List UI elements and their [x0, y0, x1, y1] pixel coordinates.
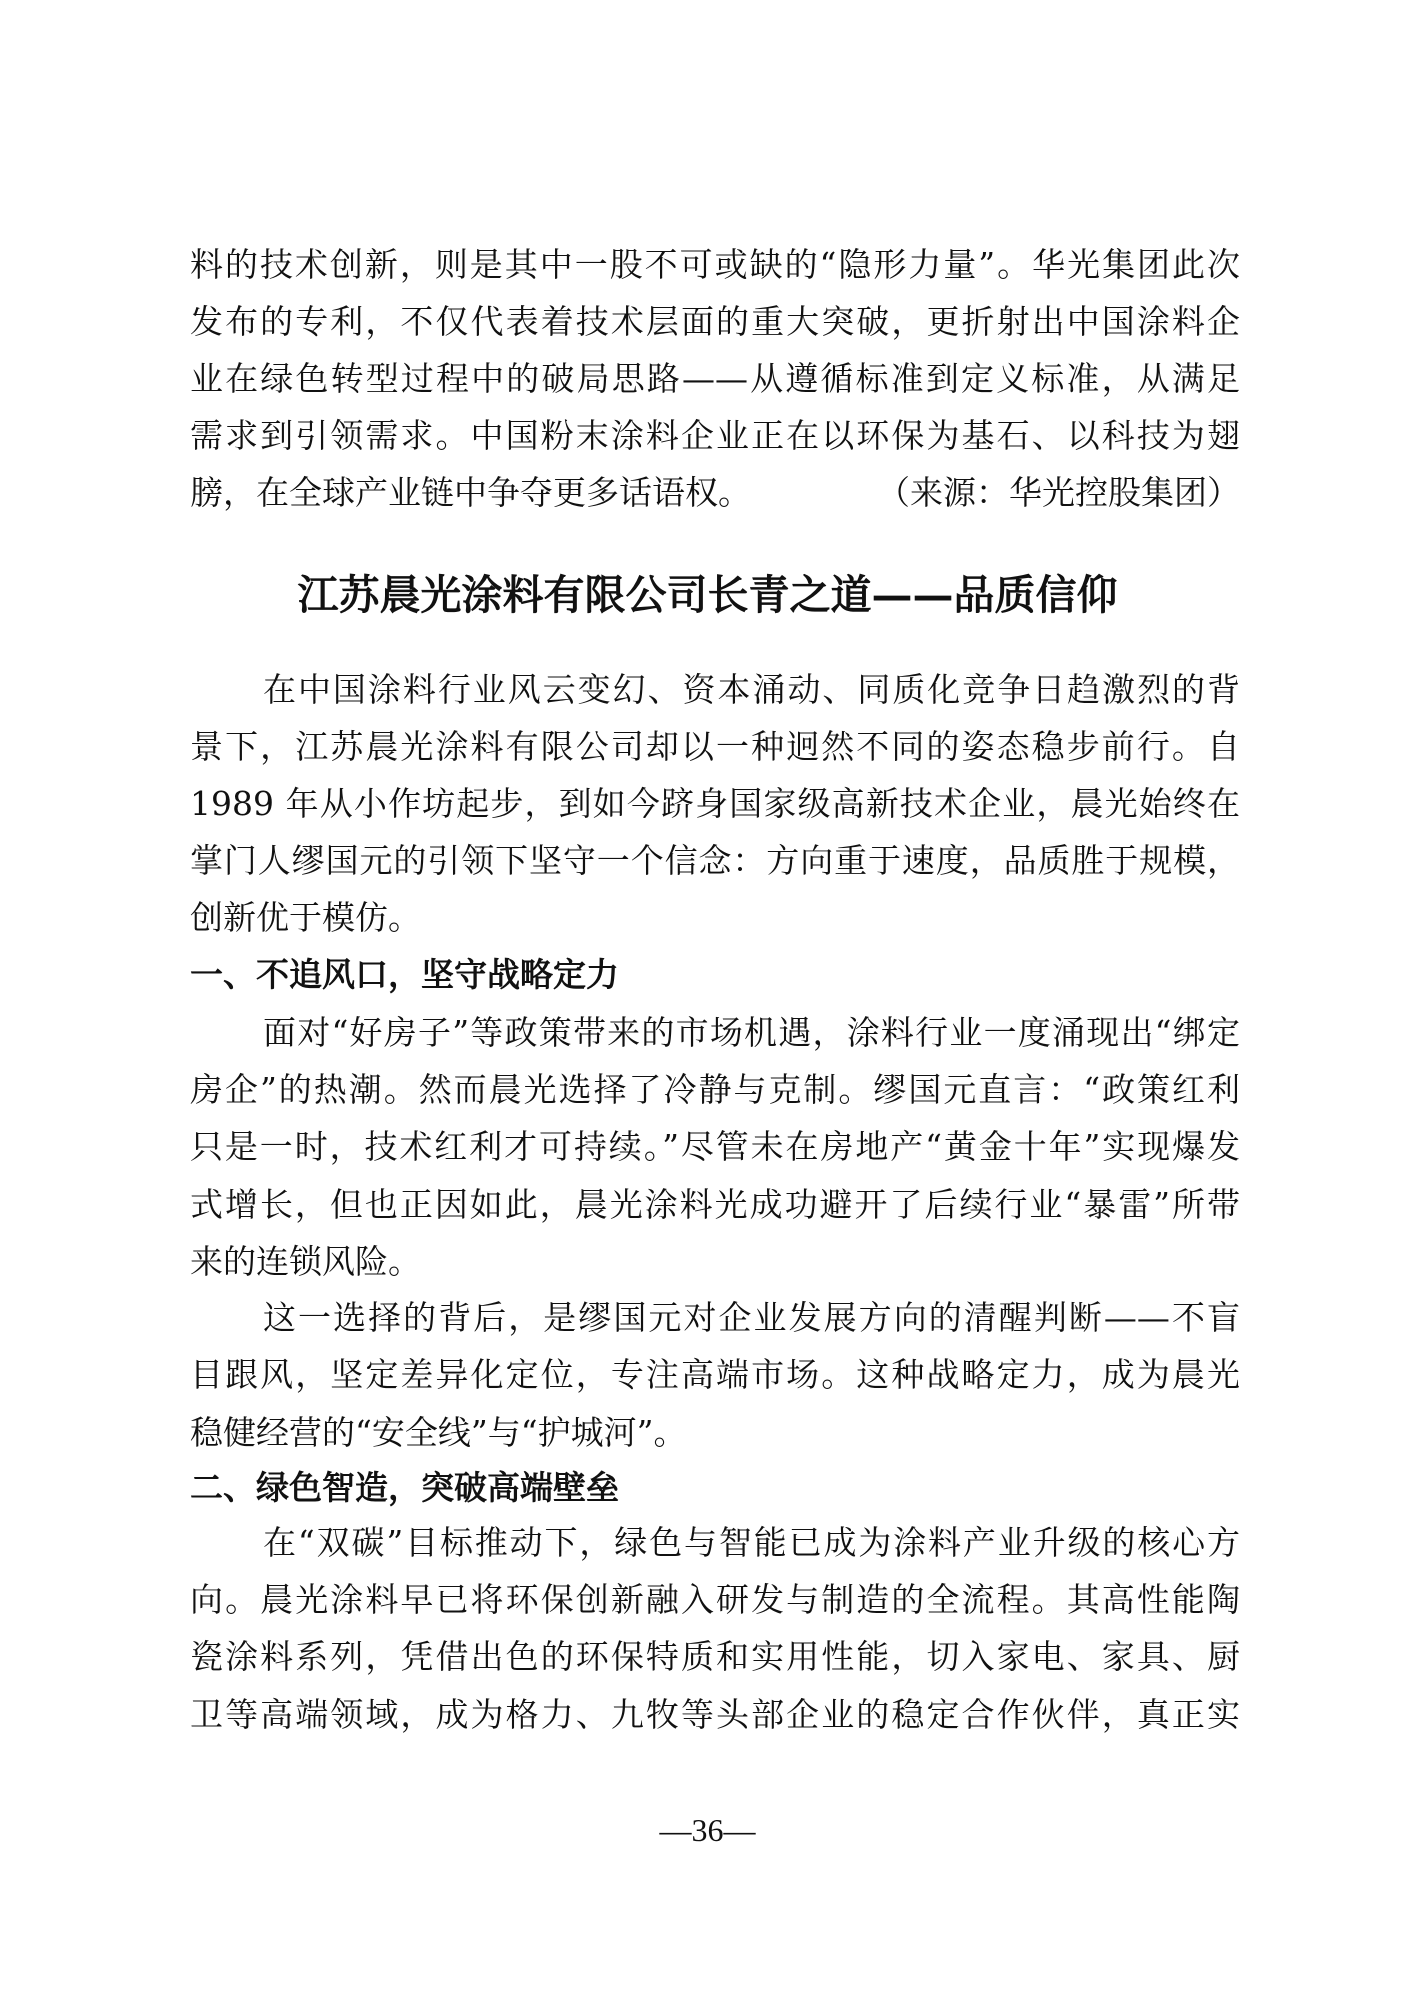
- paragraph-line: 业在绿色转型过程中的破局思路——从遵循标准到定义标准，从满足: [190, 354, 1240, 404]
- document-page: 料的技术创新，则是其中一股不可或缺的“隐形力量”。华光集团此次 发布的专利，不仅…: [0, 0, 1415, 2000]
- paragraph-line: 只是一时，技术红利才可持续。”尽管未在房地产“黄金十年”实现爆发: [190, 1122, 1240, 1172]
- section-heading-1: 一、不追风口，坚守战略定力: [190, 950, 1240, 1000]
- paragraph-line: 目跟风，坚定差异化定位，专注高端市场。这种战略定力，成为晨光: [190, 1350, 1240, 1400]
- section-heading-2: 二、绿色智造，突破高端壁垒: [190, 1463, 1240, 1513]
- page-number: —36—: [0, 1810, 1415, 1850]
- paragraph-last-line: 膀，在全球产业链中争夺更多话语权。 （来源：华光控股集团）: [190, 468, 1240, 518]
- paragraph-line: 向。晨光涂料早已将环保创新融入研发与制造的全流程。其高性能陶: [190, 1575, 1240, 1625]
- paragraph-text: 膀，在全球产业链中争夺更多话语权。: [190, 473, 751, 512]
- paragraph-line: 房企”的热潮。然而晨光选择了冷静与克制。缪国元直言：“政策红利: [190, 1065, 1240, 1115]
- paragraph-line: 稳健经营的“安全线”与“护城河”。: [190, 1408, 1240, 1458]
- paragraph-line: 景下，江苏晨光涂料有限公司却以一种迥然不同的姿态稳步前行。自: [190, 722, 1240, 772]
- paragraph-line: 发布的专利，不仅代表着技术层面的重大突破，更折射出中国涂料企: [190, 297, 1240, 347]
- paragraph-line: 1989 年从小作坊起步，到如今跻身国家级高新技术企业，晨光始终在: [190, 779, 1240, 829]
- paragraph-line: 来的连锁风险。: [190, 1237, 1240, 1287]
- paragraph-line: 面对“好房子”等政策带来的市场机遇，涂料行业一度涌现出“绑定: [263, 1008, 1240, 1058]
- article-title: 江苏晨光涂料有限公司长青之道——品质信仰: [0, 570, 1415, 620]
- paragraph-line: 这一选择的背后，是缪国元对企业发展方向的清醒判断——不盲: [263, 1293, 1240, 1343]
- paragraph-line: 瓷涂料系列，凭借出色的环保特质和实用性能，切入家电、家具、厨: [190, 1632, 1240, 1682]
- paragraph-line: 在“双碳”目标推动下，绿色与智能已成为涂料产业升级的核心方: [263, 1518, 1240, 1568]
- paragraph-line: 在中国涂料行业风云变幻、资本涌动、同质化竞争日趋激烈的背: [263, 665, 1240, 715]
- paragraph-line: 需求到引领需求。中国粉末涂料企业正在以环保为基石、以科技为翅: [190, 411, 1240, 461]
- paragraph-line: 料的技术创新，则是其中一股不可或缺的“隐形力量”。华光集团此次: [190, 240, 1240, 290]
- paragraph-line: 式增长，但也正因如此，晨光涂料光成功避开了后续行业“暴雷”所带: [190, 1180, 1240, 1230]
- source-attribution: （来源：华光控股集团）: [877, 468, 1240, 518]
- paragraph-line: 创新优于模仿。: [190, 893, 1240, 943]
- paragraph-line: 卫等高端领域，成为格力、九牧等头部企业的稳定合作伙伴，真正实: [190, 1690, 1240, 1740]
- paragraph-line: 掌门人缪国元的引领下坚守一个信念：方向重于速度，品质胜于规模，: [190, 836, 1240, 886]
